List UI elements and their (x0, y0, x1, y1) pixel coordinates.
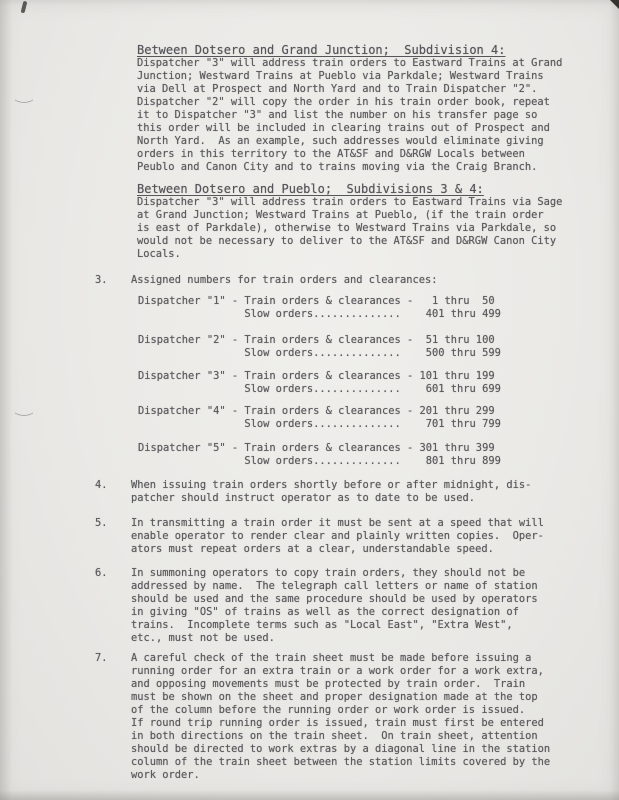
section-paragraph-dotsero-pueblo: Dispatcher "3" will address train orders… (137, 196, 562, 261)
item-text: A careful check of the train sheet must … (131, 652, 550, 782)
item-text: In transmitting a train order it must be… (131, 517, 544, 556)
section-paragraph-dotsero-grand-junction: Dispatcher "3" will address train orders… (137, 57, 562, 174)
item-text: In summoning operators to copy train ord… (131, 567, 538, 645)
list-item-4: 4. When issuing train orders shortly bef… (95, 479, 531, 505)
item-number: 7. (95, 652, 108, 665)
item-text: When issuing train orders shortly before… (131, 479, 531, 505)
item-number: 4. (95, 479, 108, 492)
item-number: 3. (95, 274, 108, 287)
corner-fold-mark (610, 0, 619, 9)
dispatcher-assignment-entry-5: Dispatcher "5" - Train orders & clearanc… (138, 442, 501, 468)
dispatcher-assignment-entry-3: Dispatcher "3" - Train orders & clearanc… (138, 370, 501, 396)
margin-curl-mark-lower (12, 401, 36, 416)
dispatcher-assignment-entry-1: Dispatcher "1" - Train orders & clearanc… (138, 295, 501, 321)
pen-tick-mark (21, 1, 27, 13)
list-item-5: 5. In transmitting a train order it must… (95, 517, 544, 556)
margin-curl-mark-upper (12, 88, 36, 103)
list-item-7: 7. A careful check of the train sheet mu… (95, 652, 550, 782)
dispatcher-assignment-entry-4: Dispatcher "4" - Train orders & clearanc… (138, 405, 501, 431)
list-item-6: 6. In summoning operators to copy train … (95, 567, 538, 645)
item-text: Assigned numbers for train orders and cl… (131, 274, 438, 287)
document-page: Between Dotsero and Grand Junction; Subd… (0, 0, 619, 800)
section-heading-dotsero-pueblo: Between Dotsero and Pueblo; Subdivisions… (137, 183, 484, 196)
item-number: 5. (95, 517, 108, 530)
dispatcher-assignment-entry-2: Dispatcher "2" - Train orders & clearanc… (138, 334, 501, 360)
item-number: 6. (95, 567, 108, 580)
section-heading-dotsero-grand-junction: Between Dotsero and Grand Junction; Subd… (137, 44, 505, 57)
list-item-3: 3. Assigned numbers for train orders and… (95, 274, 438, 287)
